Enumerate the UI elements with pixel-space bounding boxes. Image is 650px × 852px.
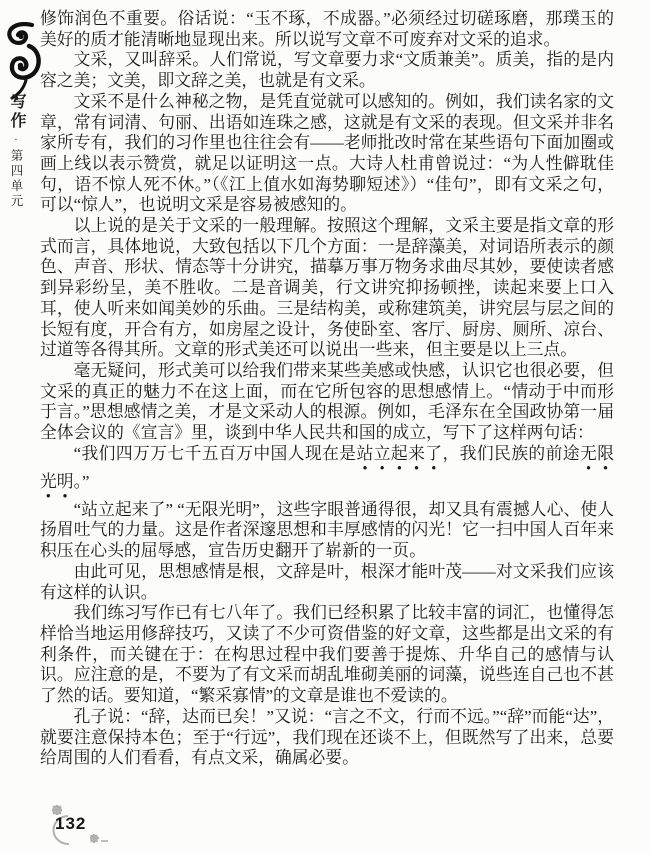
paragraph-continuation: 修饰润色不重要。俗话说：“玉不琢，不成器。”必须经过切磋琢磨，那璞玉的美好的质才… (40, 9, 614, 50)
paragraph: 文采，又叫辞采。人们常说，写文章要力求“文质兼美”。质美，指的是内容之美；文美，… (40, 50, 614, 91)
sidebar-separator-dot: · (10, 131, 22, 149)
paragraph: 毫无疑问，形式美可以给我们带来某些美感或快感，认识它也很必要，但文采的真正的魅力… (40, 361, 614, 444)
sidebar-section-title: 写作 (8, 93, 25, 131)
sidebar-unit-name: 第四单元 (9, 149, 23, 209)
quote-segment: “我们四万万七千五百万中国人现在是 (74, 444, 357, 463)
paragraph: 由此可见，思想感情是根，文辞是叶，根深才能叶茂——对文采我们应该有这样的认识。 (40, 562, 614, 603)
book-page: 写作·第四单元 修饰润色不重要。俗话说：“玉不琢，不成器。”必须经过切磋琢磨，那… (0, 0, 650, 852)
sidebar-unit-label: 写作·第四单元 (8, 93, 24, 209)
quote-paragraph: “我们四万万七千五百万中国人现在是站立起来了，我们民族的前途无限光明。” (40, 444, 614, 500)
paragraph: 以上说的是关于文采的一般理解。按照这个理解，文采主要是指文章的形式而言，具体地说… (40, 216, 614, 361)
paragraph: 文采不是什么神秘之物，是凭直觉就可以感知的。例如，我们读名家的文章，常有词清、句… (40, 92, 614, 216)
page-number-block: 132 (28, 800, 124, 850)
paragraph: 孔子说：“辞，达而已矣！”又说：“言之不文，行而不远。”“辞”而能“达”，就要注… (40, 707, 614, 769)
article-body: 修饰润色不重要。俗话说：“玉不琢，不成器。”必须经过切磋琢磨，那璞玉的美好的质才… (40, 9, 614, 769)
quote-segment: ，我们民族的前途 (442, 444, 580, 463)
quote-segment-emphasized: 站立起来了 (357, 444, 443, 463)
paragraph: “站立起来了” “无限光明”，这些字眼普通得很，却又具有震撼人心、使人扬眉吐气的… (40, 500, 614, 562)
page-number: 132 (55, 814, 86, 834)
quote-segment: 。” (74, 472, 90, 491)
paragraph: 我们练习写作已有七八年了。我们已经积累了比较丰富的词汇，也懂得怎样恰当地运用修辞… (40, 603, 614, 707)
